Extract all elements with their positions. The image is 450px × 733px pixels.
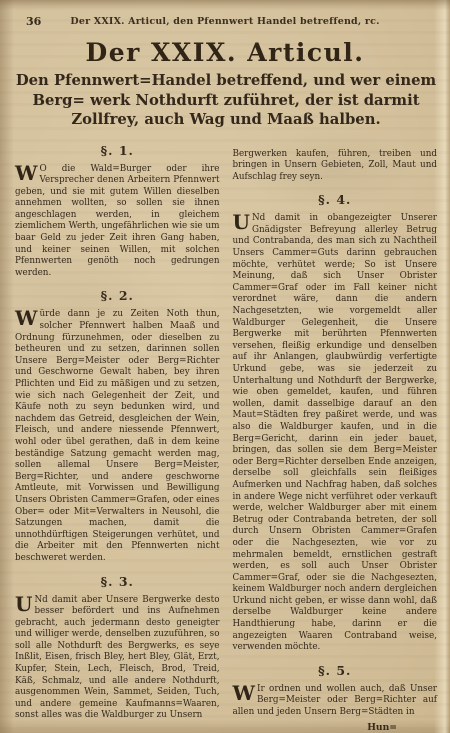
page-number: 36 (26, 15, 41, 28)
catchword: Hun= (233, 722, 438, 733)
section-heading-4: §. 4. (233, 192, 438, 207)
paragraph-section-1: WO die Wald=Burger oder ihre Versprecher… (15, 164, 220, 280)
paragraph-text: Nd damit in obangezeigter Unserer Gnädig… (233, 213, 438, 652)
paragraph-section-5: WIr ordnen und wollen auch, daß Unser Be… (233, 684, 438, 719)
drop-initial: W (15, 309, 39, 327)
text-columns: §. 1. WO die Wald=Burger oder ihre Versp… (0, 130, 450, 733)
document-page-scan: 36 Der XXIX. Articul, den Pfennwert Hand… (0, 0, 450, 733)
running-head: Der XXIX. Articul, den Pfennwert Handel … (0, 15, 450, 27)
paragraph-text: ürde dann je zu Zeiten Noth thun, solche… (15, 309, 220, 562)
paragraph-text: Bergwerken kaufen, führen, treiben und b… (233, 149, 438, 182)
paragraph-section-3: UNd damit aber Unsere Bergwerke desto be… (15, 595, 220, 723)
drop-initial: W (15, 164, 39, 182)
article-title: Der XXIX. Articul. (0, 38, 450, 67)
paragraph-section-4: UNd damit in obangezeigter Unserer Gnädi… (233, 213, 438, 654)
paragraph-text: O die Wald=Burger oder ihre Versprecher … (15, 164, 220, 278)
section-heading-3: §. 3. (15, 574, 220, 589)
paragraph-text: Ir ordnen und wollen auch, daß Unser Ber… (233, 684, 438, 717)
section-heading-1: §. 1. (15, 143, 220, 158)
section-heading-2: §. 2. (15, 288, 220, 303)
drop-initial: U (233, 213, 252, 231)
paragraph-continuation: Bergwerken kaufen, führen, treiben und b… (233, 149, 438, 184)
section-heading-5: §. 5. (233, 663, 438, 678)
paragraph-section-2: Würde dann je zu Zeiten Noth thun, solch… (15, 309, 220, 564)
article-subtitle: Den Pfennwert=Handel betreffend, und wer… (0, 69, 450, 130)
page-header: 36 Der XXIX. Articul, den Pfennwert Hand… (0, 15, 450, 33)
drop-initial: U (15, 595, 34, 613)
paragraph-text: Nd damit aber Unsere Bergwerke desto bes… (15, 595, 220, 721)
drop-initial: W (233, 684, 257, 702)
right-column: Bergwerken kaufen, führen, treiben und b… (233, 134, 438, 733)
left-column: §. 1. WO die Wald=Burger oder ihre Versp… (15, 134, 220, 733)
